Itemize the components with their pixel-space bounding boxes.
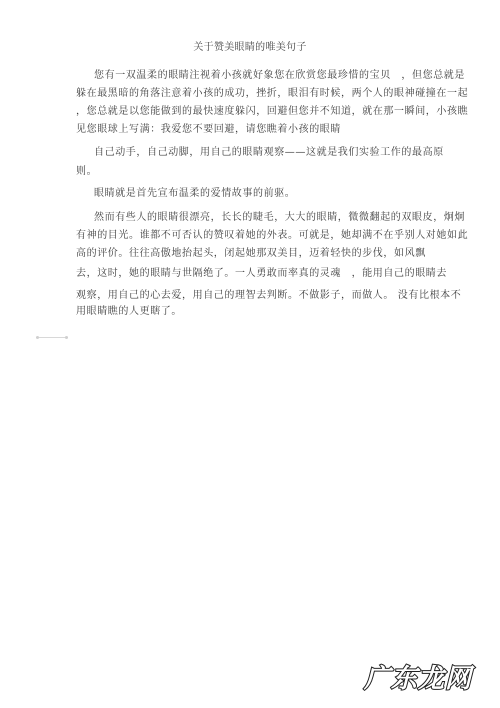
text-line: 有神的目光。谁都不可否认的赞叹着她的外表。可就是，她却满不在乎别人对她如此 <box>76 230 468 242</box>
text-line: 自己动手，自己动脚，用自己的眼睛观察——这就是我们实验工作的最高原 <box>94 147 444 159</box>
text-line: 高的评价。往往高傲地抬起头，闭起她那双美目，迈着轻快的步伐，如风飘 <box>76 248 426 260</box>
text-line: 观察，用自己的心去爱，用自己的理智去判断。不做影子，而做人。 没有比根本不 <box>76 290 461 302</box>
text-line: 躲在最黑暗的角落注意着小孩的成功，挫折，眼泪有时候，两个人的眼神碰撞在一起 <box>76 88 468 100</box>
text-line: 然而有些人的眼睛很漂亮，长长的睫毛，大大的眼睛，微微翻起的双眼皮，炯炯 <box>94 212 465 224</box>
text-line: 则。 <box>76 166 97 178</box>
text-line: 眼睛就是首先宣布温柔的爱情故事的前驱。 <box>94 188 295 200</box>
text-line: 您有一双温柔的眼睛注视着小孩就好象您在欣赏您最珍惜的宝贝 ，但您总就是 <box>94 70 465 82</box>
text-line: 见您眼球上写满：我爱您不要回避，请您瞧着小孩的眼睛 <box>76 124 341 136</box>
text-line: ，您总就是以您能做到的最快速度躲闪，回避但您并不知道，就在那一瞬间，小孩瞧 <box>76 106 468 118</box>
watermark-logo: 广东龙网 <box>364 658 472 695</box>
text-line: 去，这时，她的眼睛与世隔绝了。一人勇敢而率真的灵魂 ，能用自己的眼睛去 <box>76 268 447 280</box>
document-page: 关于赞美眼睛的唯美句子 您有一双温柔的眼睛注视着小孩就好象您在欣赏您最珍惜的宝贝… <box>0 0 500 708</box>
footnote-divider <box>36 337 68 338</box>
document-title: 关于赞美眼睛的唯美句子 <box>0 38 500 53</box>
text-line: 用眼睛瞧的人更瞎了。 <box>76 306 182 318</box>
